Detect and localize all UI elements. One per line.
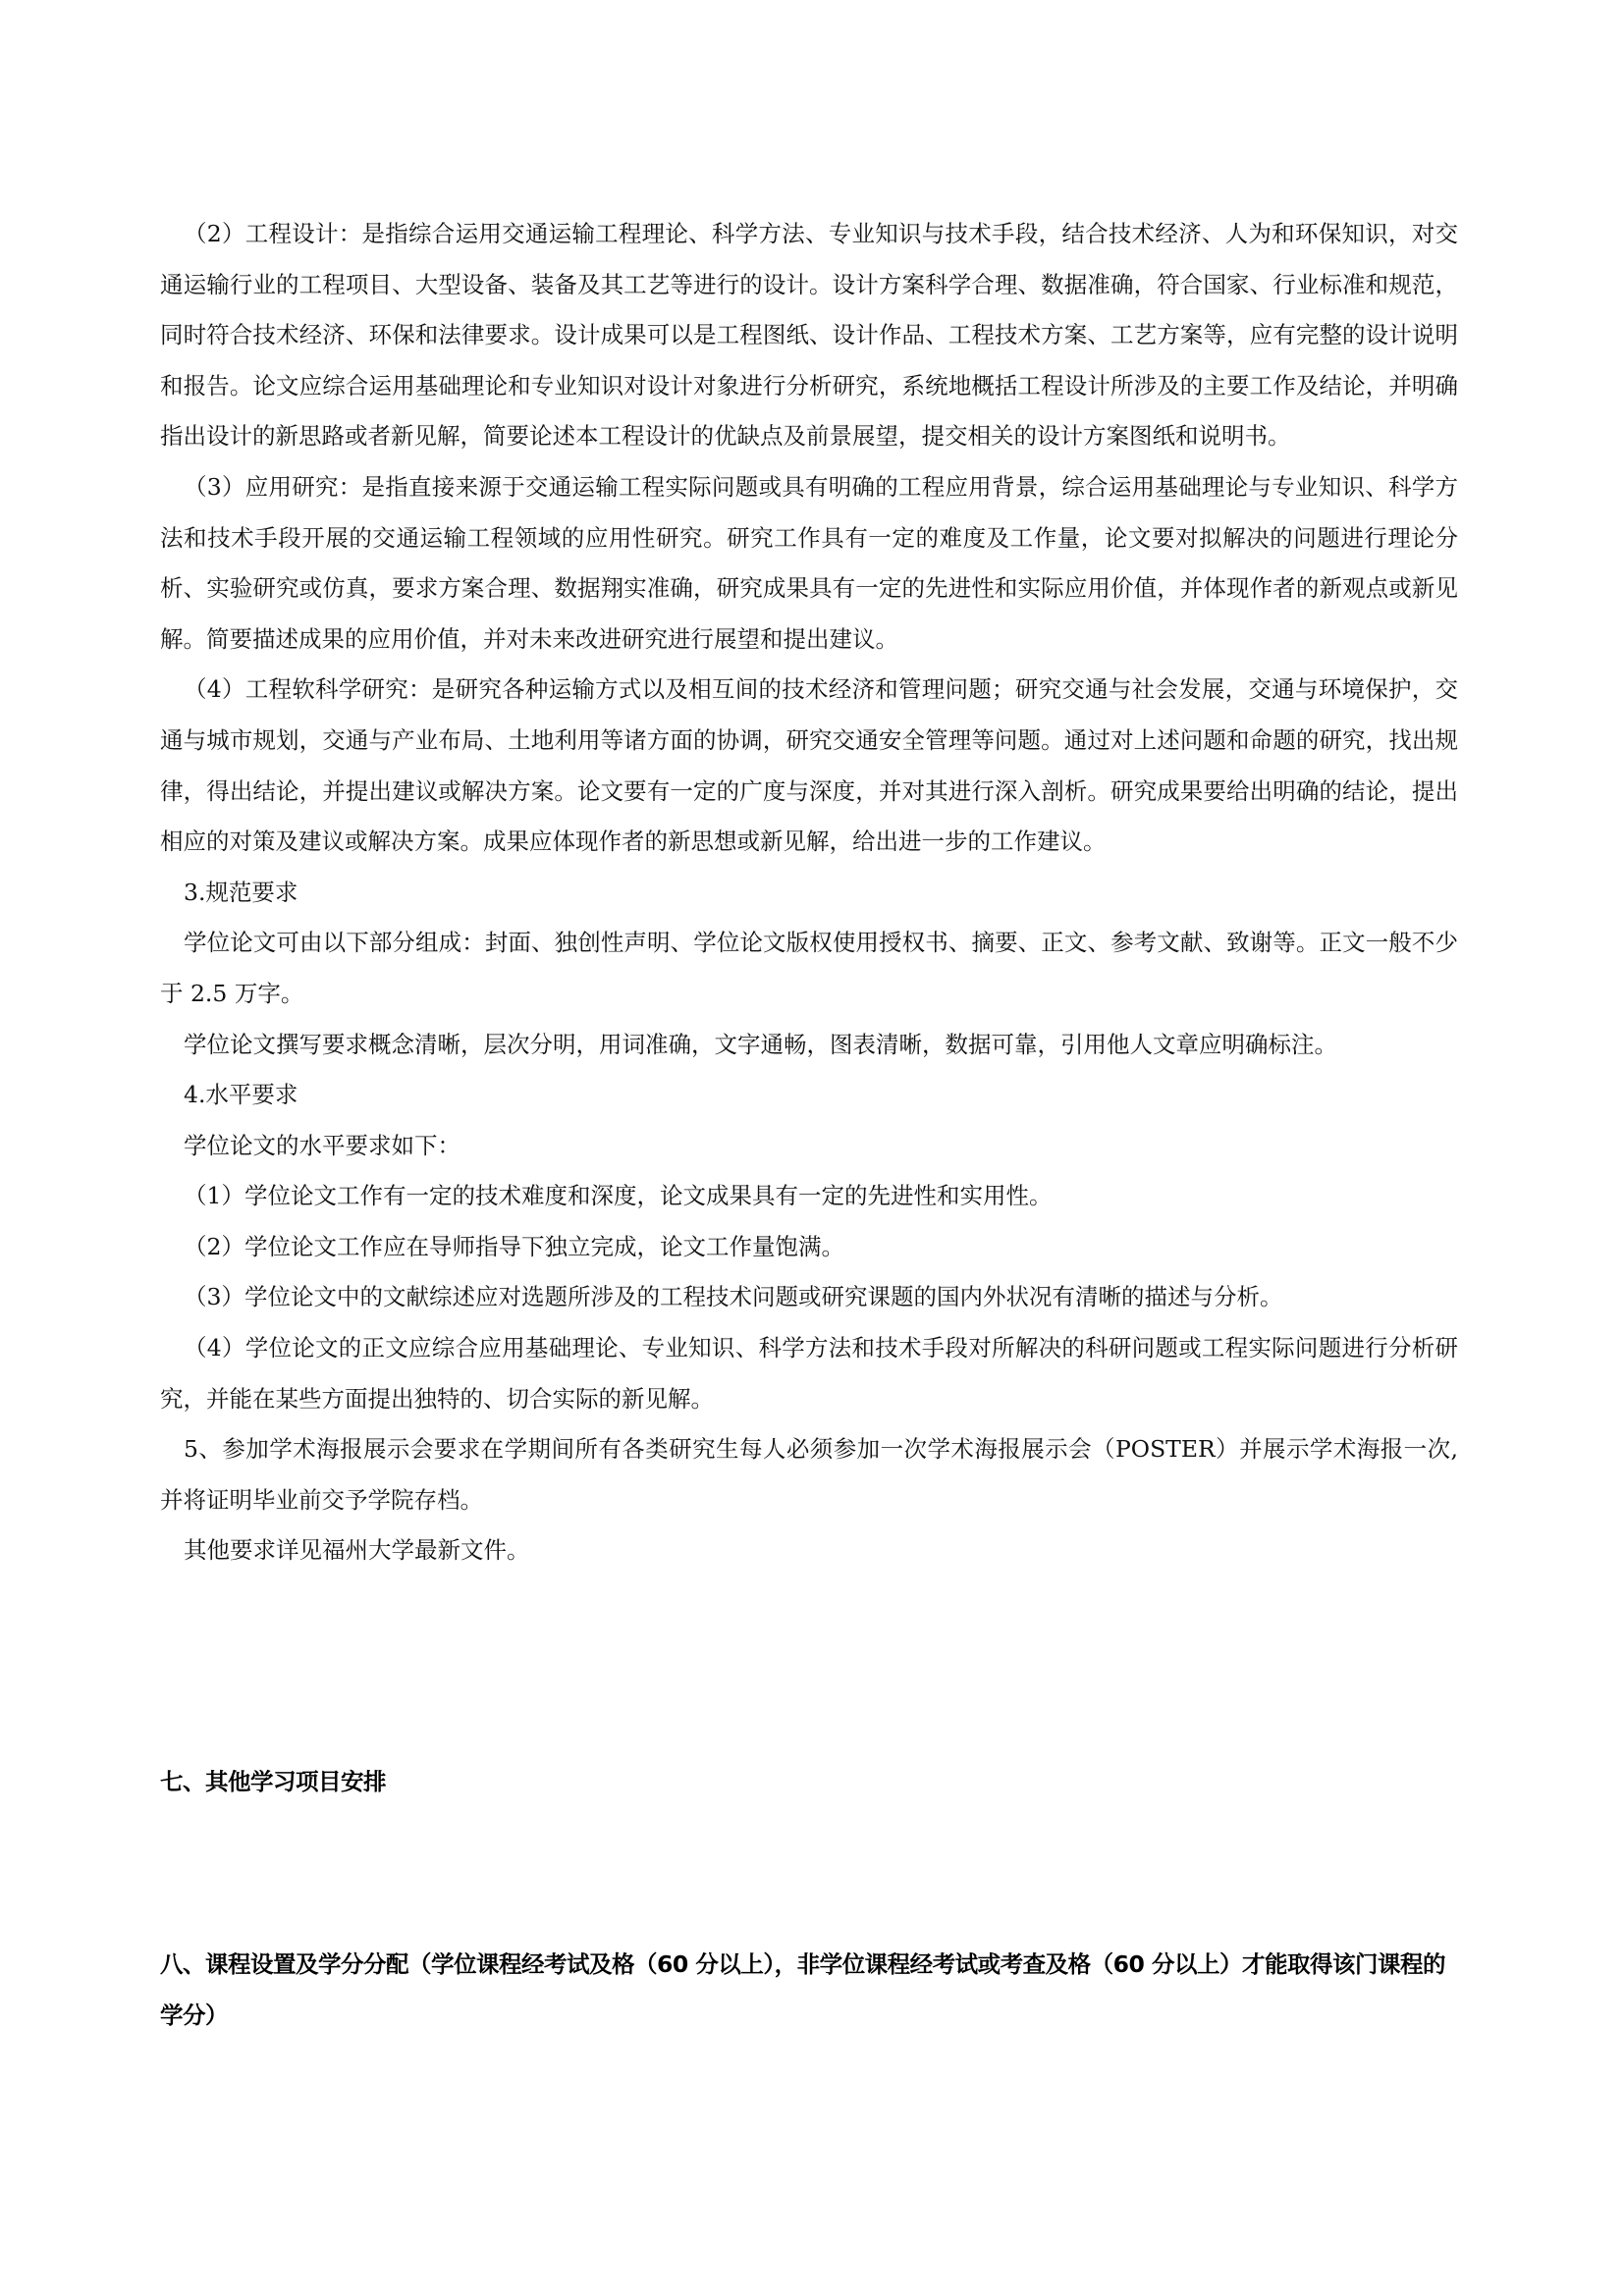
paragraph-level-intro: 学位论文的水平要求如下： (160, 1121, 1458, 1172)
list-item-level-3: （3）学位论文中的文献综述应对选题所涉及的工程技术问题或研究课题的国内外状况有清… (160, 1272, 1458, 1323)
list-item-level-1: （1）学位论文工作有一定的技术难度和深度，论文成果具有一定的先进性和实用性。 (160, 1171, 1458, 1222)
section-heading-8: 八、课程设置及学分分配（学位课程经考试及格（60 分以上），非学位课程经考试或考… (160, 1940, 1458, 2041)
list-item-level-4: （4）学位论文的正文应综合应用基础理论、专业知识、科学方法和技术手段对所解决的科… (160, 1323, 1458, 1424)
subheading-level: 4.水平要求 (160, 1070, 1458, 1121)
paragraph-other-requirements: 其他要求详见福州大学最新文件。 (160, 1525, 1458, 1576)
paragraph-soft-science: （4）工程软科学研究：是研究各种运输方式以及相互间的技术经济和管理问题；研究交通… (160, 665, 1458, 867)
document-body: （2）工程设计：是指综合运用交通运输工程理论、科学方法、专业知识与技术手段，结合… (160, 209, 1458, 1576)
subheading-norms: 3.规范要求 (160, 868, 1458, 919)
paragraph-applied-research: （3）应用研究：是指直接来源于交通运输工程实际问题或具有明确的工程应用背景，综合… (160, 462, 1458, 665)
paragraph-norms-structure: 学位论文可由以下部分组成：封面、独创性声明、学位论文版权使用授权书、摘要、正文、… (160, 918, 1458, 1019)
paragraph-norms-writing: 学位论文撰写要求概念清晰，层次分明，用词准确，文字通畅，图表清晰，数据可靠，引用… (160, 1020, 1458, 1071)
list-item-level-2: （2）学位论文工作应在导师指导下独立完成，论文工作量饱满。 (160, 1222, 1458, 1273)
paragraph-engineering-design: （2）工程设计：是指综合运用交通运输工程理论、科学方法、专业知识与技术手段，结合… (160, 209, 1458, 462)
paragraph-poster: 5、参加学术海报展示会要求在学期间所有各类研究生每人必须参加一次学术海报展示会（… (160, 1424, 1458, 1525)
section-heading-7: 七、其他学习项目安排 (160, 1757, 1458, 1808)
